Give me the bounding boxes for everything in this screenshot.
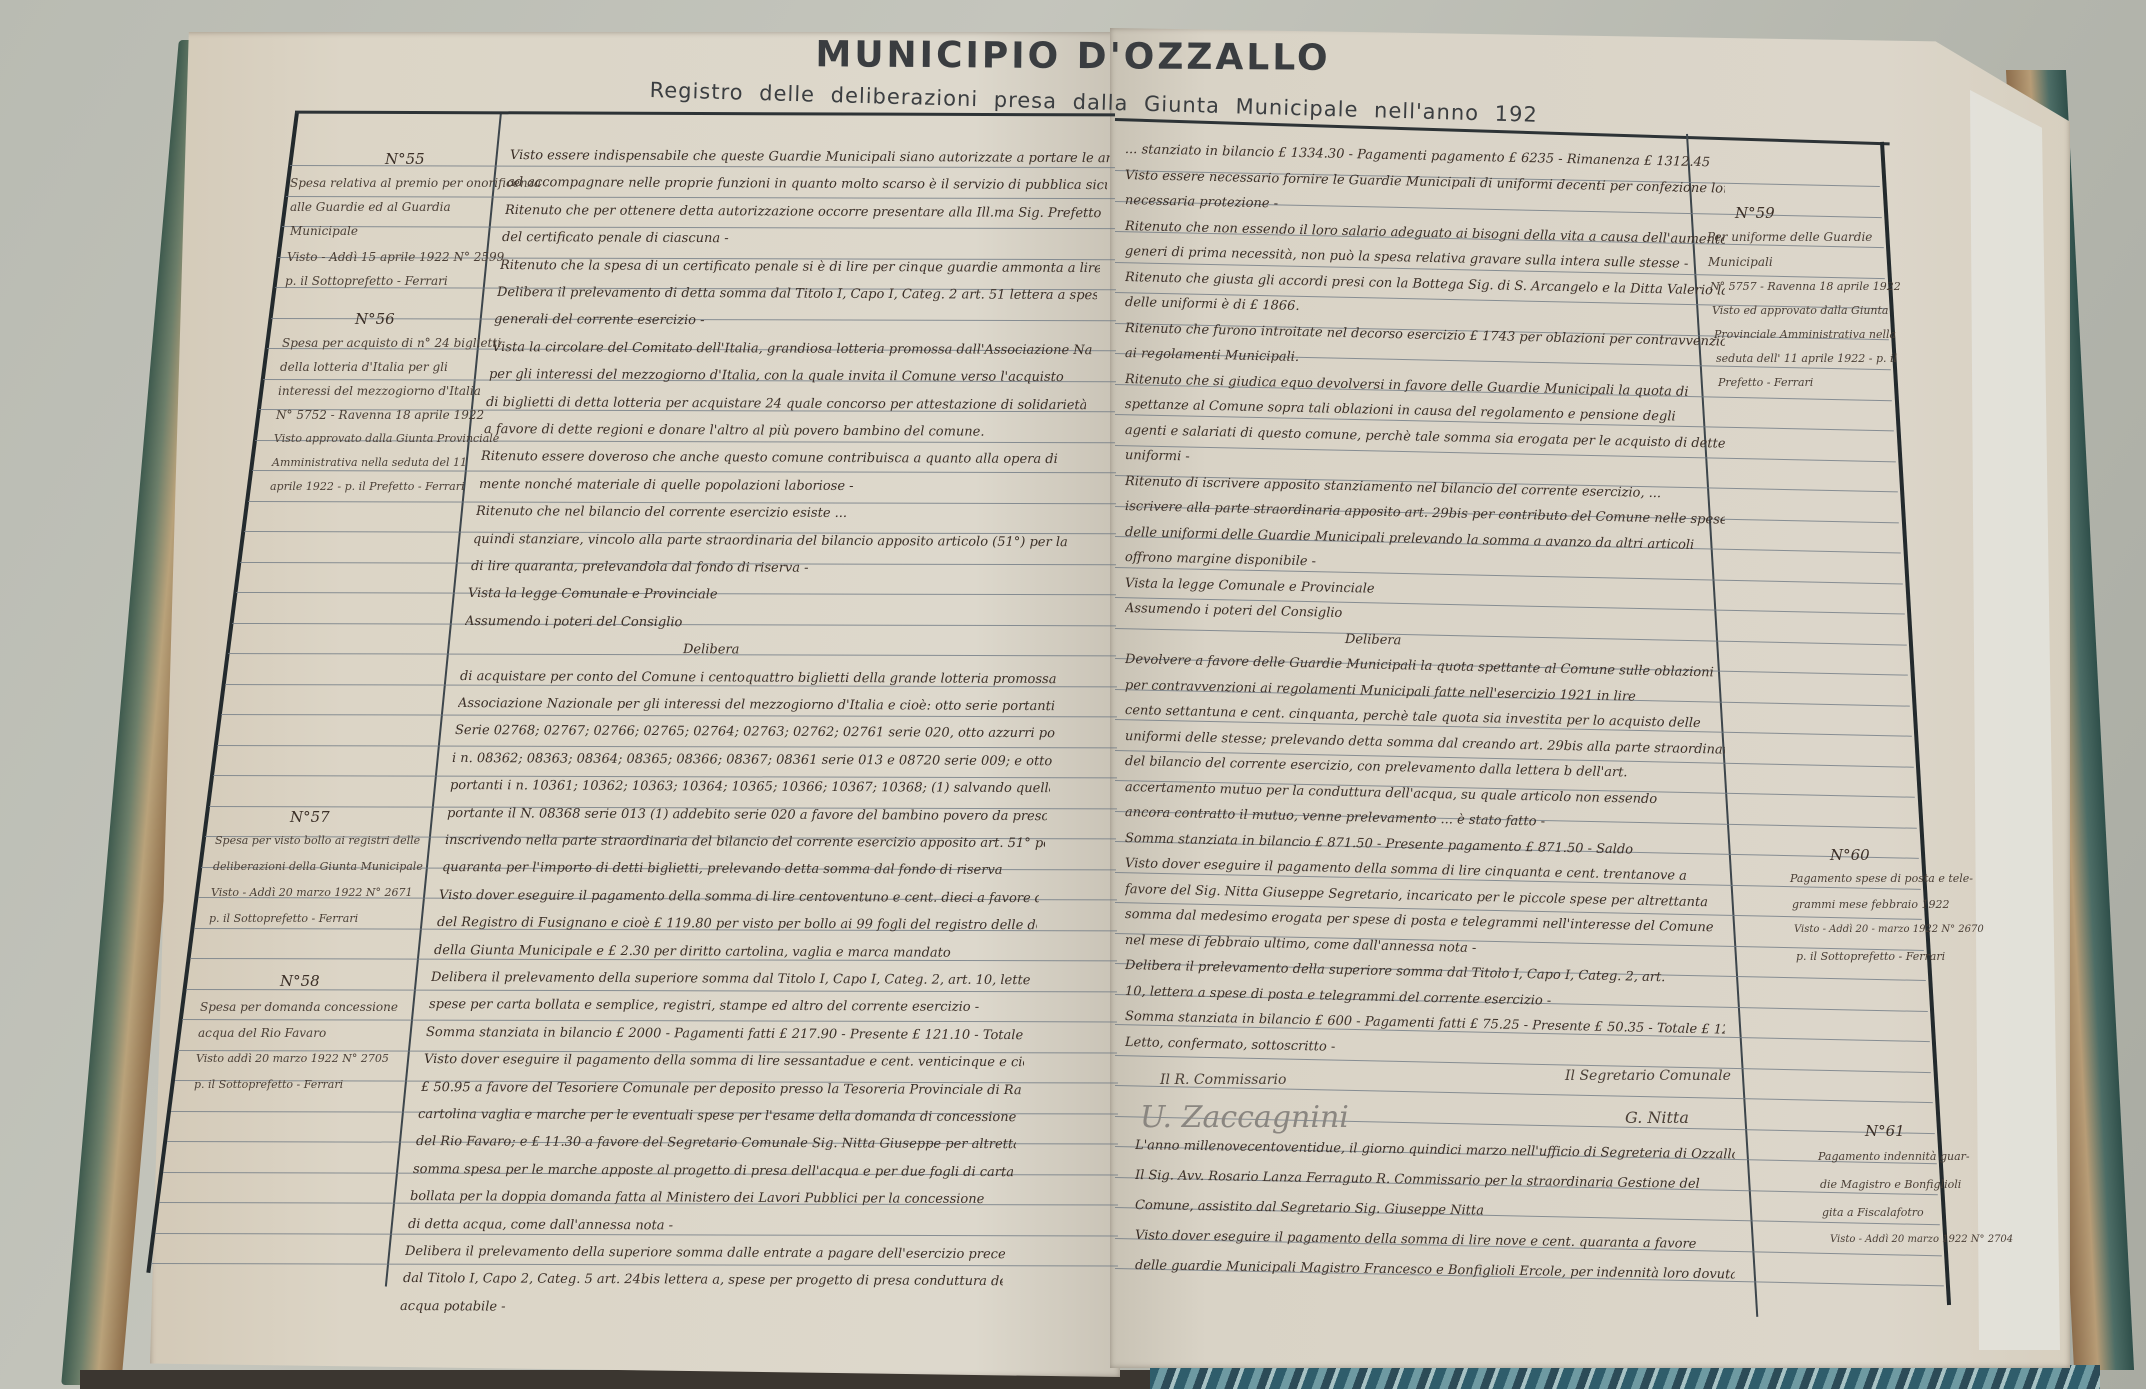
body-line: della Giunta Municipale e £ 2.30 per dir… — [434, 943, 951, 961]
body-line: Ritenuto che per ottenere detta autorizz… — [505, 203, 1105, 221]
body-line: Visto dover eseguire il pagamento della … — [439, 888, 1039, 906]
margin-note-line: Visto - Addì 20 marzo 1922 N° 2671 — [211, 886, 412, 899]
commissioner-signature: U. Zaccagnini — [1140, 1100, 1349, 1135]
margin-note-line: Visto approvato dalla Giunta Provinciale — [274, 432, 499, 445]
body-line: del certificato penale di ciascuna - — [502, 230, 729, 246]
body-line: £ 50.95 a favore del Tesoriere Comunale … — [421, 1080, 1021, 1098]
margin-note-line: Spesa per acquisto di n° 24 biglietti — [282, 336, 501, 350]
body-line: Ritenuto che la spesa di un certificato … — [499, 258, 1099, 276]
margin-note-line: p. il Sottoprefetto - Ferrari — [209, 912, 358, 925]
body-line: Delibera il prelevamento della superiore… — [431, 970, 1031, 988]
body-line: Delibera il prelevamento di detta somma … — [497, 285, 1097, 303]
body-line: Vista la legge Comunale e Provinciale — [468, 586, 718, 602]
body-line: di biglietti di detta lotteria per acqui… — [486, 395, 1086, 413]
margin-note-line: Spesa per visto bollo ai registri delle — [215, 834, 420, 847]
margin-note-line: Visto addì 20 marzo 1922 N° 2705 — [196, 1052, 389, 1065]
body-line: somma spesa per le marche apposte al pro… — [413, 1162, 1013, 1180]
commissioner-label: Il R. Commissario — [1160, 1072, 1286, 1088]
body-line: uniformi - — [1125, 448, 1190, 464]
body-line: inscrivendo nella parte straordinaria de… — [444, 833, 1044, 851]
body-line: Associazione Nazionale per gli interessi… — [458, 696, 1058, 714]
margin-note-number: N°61 — [1865, 1122, 1905, 1140]
body-line: acqua potabile - — [400, 1299, 506, 1315]
margin-note-line: p. il Sottoprefetto - Ferrari — [1796, 950, 1945, 963]
margin-note-line: N° 5757 - Ravenna 18 aprile 1922 — [1710, 280, 1901, 293]
margin-note-line: interessi del mezzogiorno d'Italia — [278, 384, 481, 398]
margin-note-line: Pagamento spese di posta e tele- — [1790, 872, 1973, 885]
margin-note-line: p. il Sottoprefetto - Ferrari — [285, 274, 448, 288]
margin-note-line: N° 5752 - Ravenna 18 aprile 1922 — [276, 408, 484, 422]
margin-note-line: Provinciale Amministrativa nella — [1714, 328, 1896, 341]
body-line: mente nonché materiale di quelle popolaz… — [479, 477, 854, 494]
margin-note-line: Pagamento indennità guar- — [1818, 1150, 1970, 1163]
body-line: i n. 08362; 08363; 08364; 08365; 08366; … — [452, 751, 1052, 769]
secretary-label: Il Segretario Comunale — [1565, 1068, 1731, 1084]
margin-note-line: Spesa relativa al premio per onorificenz… — [290, 176, 541, 190]
body-line: a favore di dette regioni e donare l'alt… — [484, 422, 985, 440]
margin-note-line: acqua del Rio Favaro — [198, 1026, 326, 1040]
body-line: di lire quaranta, prelevandola dal fondo… — [471, 559, 809, 576]
margin-note-line: alle Guardie ed al Guardia — [290, 200, 451, 214]
body-line: Visto essere indispensabile che queste G… — [510, 148, 1110, 166]
margin-note-line: Spesa per domanda concessione — [200, 1000, 398, 1014]
body-line: quindi stanziare, vincolo alla parte str… — [473, 532, 1068, 550]
body-line: Delibera — [463, 641, 739, 657]
margin-note-line: Visto ed approvato dalla Giunta — [1712, 304, 1888, 317]
body-line: Somma stanziata in bilancio £ 2000 - Pag… — [426, 1025, 1026, 1043]
margin-note-line: Visto - Addì 20 - marzo 1922 N° 2670 — [1794, 924, 1984, 935]
margin-note-number: N°59 — [1735, 204, 1775, 222]
margin-note-line: deliberazioni della Giunta Municipale — [213, 860, 423, 873]
margin-note-number: N°55 — [385, 150, 425, 168]
body-line: Vista la circolare del Comitato dell'Ita… — [492, 340, 1092, 358]
margin-note-line: Prefetto - Ferrari — [1718, 376, 1813, 389]
body-line: di acquistare per conto del Comune i cen… — [460, 669, 1060, 687]
margin-note-number: N°60 — [1830, 846, 1870, 864]
body-line: cartolina vaglia e marche per le eventua… — [418, 1107, 1018, 1125]
margin-note-line: Visto - Addì 15 aprile 1922 N° 2599 — [287, 250, 504, 264]
margin-note-line: Visto - Addì 20 marzo 1922 N° 2704 — [1830, 1234, 2013, 1245]
body-line: Ritenuto che nel bilancio del corrente e… — [476, 504, 847, 521]
body-line: Delibera il prelevamento della superiore… — [405, 1244, 1005, 1262]
margin-note-line: della lotteria d'Italia per gli — [280, 360, 448, 374]
body-line: Assumendo i poteri del Consiglio — [465, 614, 682, 630]
body-line: generali del corrente esercizio - — [494, 312, 705, 328]
margin-note-line: die Magistro e Bonfiglioli — [1820, 1178, 1961, 1191]
margin-note-line: Municipali — [1708, 255, 1773, 269]
margin-note-line: Municipale — [290, 224, 358, 238]
margin-note-line: aprile 1922 - p. il Prefetto - Ferrari — [270, 480, 465, 493]
margin-note-line: Per uniforme delle Guardie — [1707, 230, 1872, 244]
marbled-cover-edge — [1150, 1365, 2100, 1389]
margin-note-line: seduta dell' 11 aprile 1922 - p. il — [1716, 352, 1897, 365]
margin-note-number: N°56 — [355, 310, 395, 328]
margin-note-line: gita a Fiscalafotro — [1822, 1206, 1924, 1219]
body-line: portante il N. 08368 serie 013 (1) addeb… — [447, 806, 1047, 824]
margin-note-line: p. il Sottoprefetto - Ferrari — [194, 1078, 343, 1091]
margin-note-number: N°57 — [290, 808, 330, 826]
margin-note-line: Amministrativa nella seduta del 11 — [272, 456, 467, 469]
margin-note-line: grammi mese febbraio 1922 — [1792, 898, 1949, 911]
margin-note-number: N°58 — [280, 972, 320, 990]
body-line: di detta acqua, come dall'annessa nota - — [408, 1217, 673, 1233]
secretary-signature: G. Nitta — [1625, 1108, 1689, 1127]
